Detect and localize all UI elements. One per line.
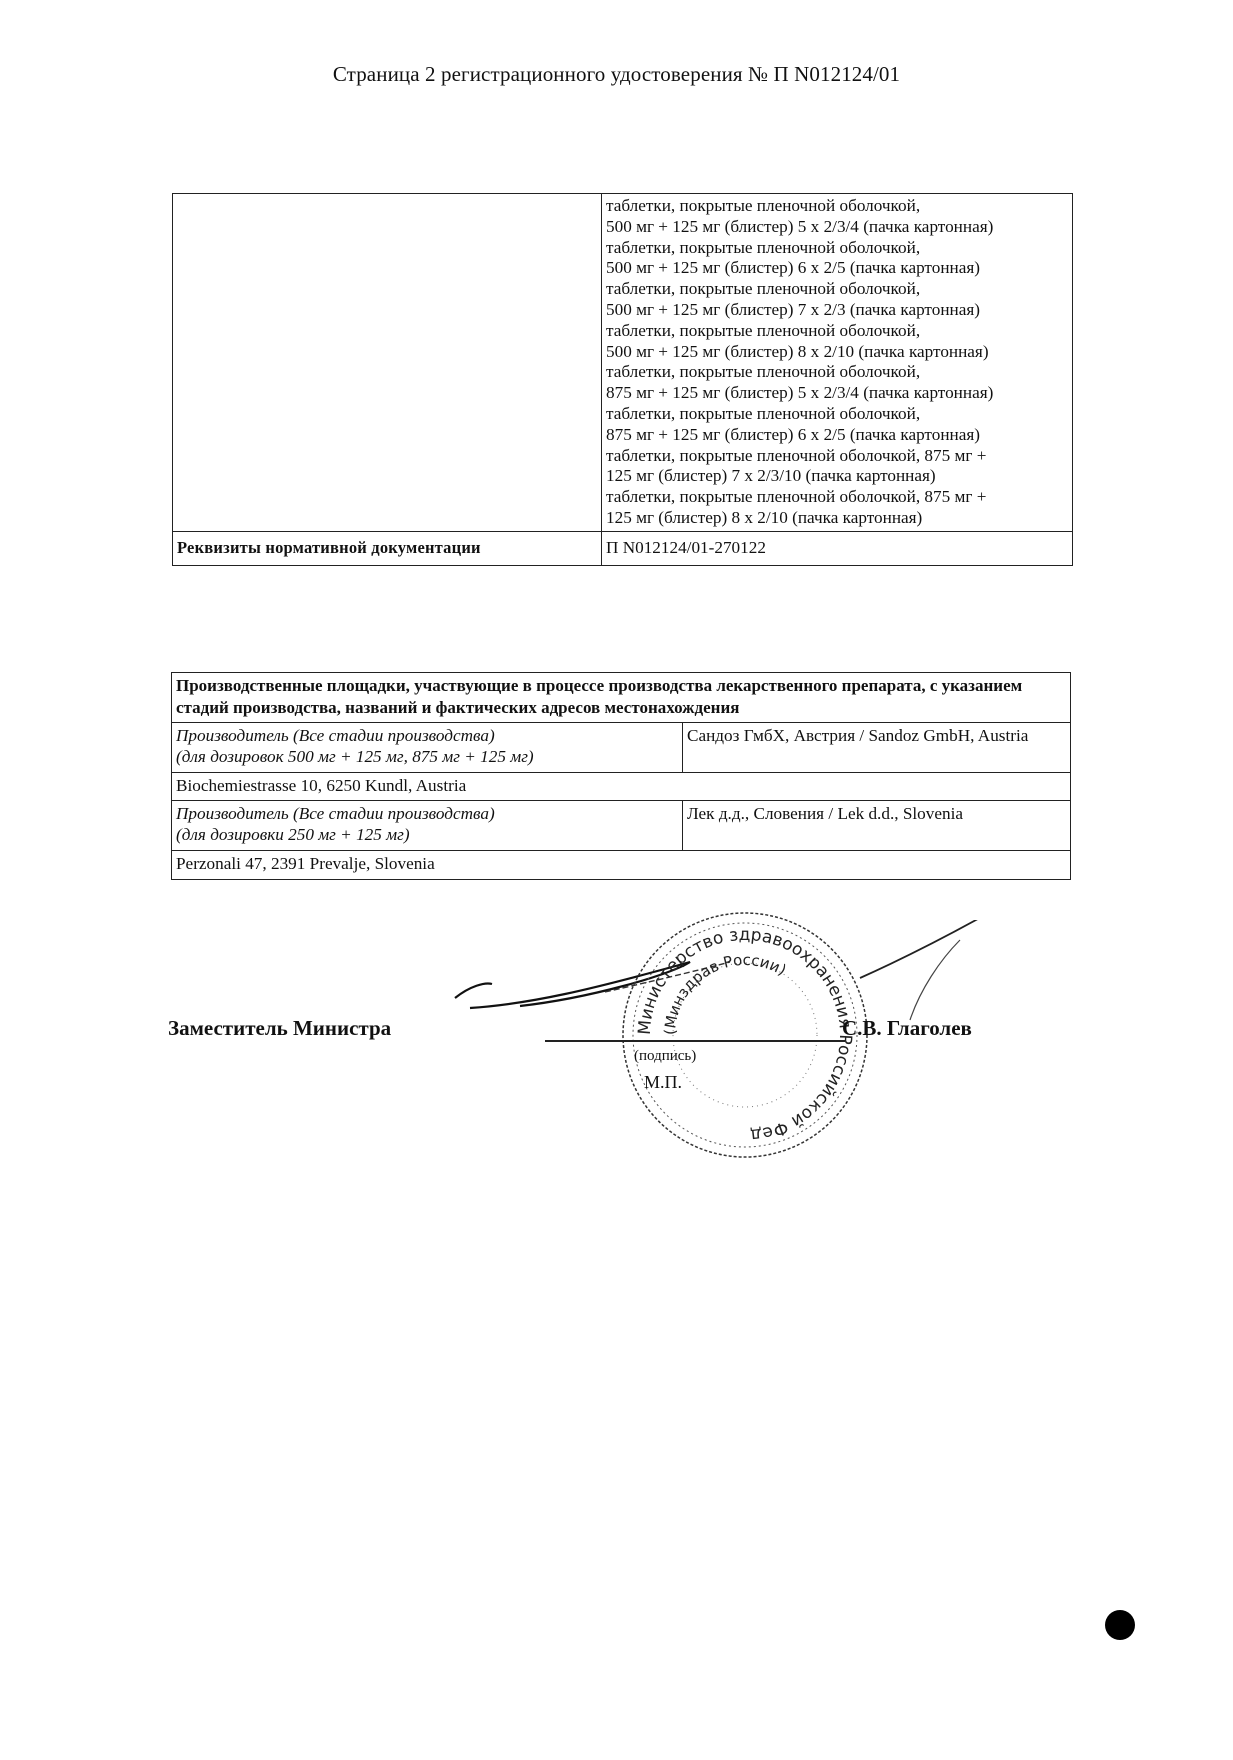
table-row: таблетки, покрытые пленочной оболочкой, … xyxy=(173,194,1073,532)
table-row: Производитель (Все стадии производства) … xyxy=(172,723,1071,773)
production-sites-table: Производственные площадки, участвующие в… xyxy=(171,672,1071,880)
form-line: таблетки, покрытые пленочной оболочкой, xyxy=(606,362,1072,383)
signer-name: С.В. Глаголев xyxy=(842,1016,972,1041)
normative-doc-value: П N012124/01-270122 xyxy=(602,531,1073,565)
site-role-line: Производитель (Все стадии производства) xyxy=(176,804,682,825)
table-row: Perzonali 47, 2391 Prevalje, Slovenia xyxy=(172,850,1071,879)
site-company: Сандоз ГмбХ, Австрия / Sandoz GmbH, Aust… xyxy=(683,723,1071,773)
normative-doc-label: Реквизиты нормативной документации xyxy=(173,531,602,565)
signer-position: Заместитель Министра xyxy=(168,1016,391,1041)
site-role: Производитель (Все стадии производства) … xyxy=(172,801,683,851)
site-role-line: (для дозировок 500 мг + 125 мг, 875 мг +… xyxy=(176,747,682,768)
form-line: 500 мг + 125 мг (блистер) 5 х 2/3/4 (пач… xyxy=(606,217,1072,238)
site-role: Производитель (Все стадии производства) … xyxy=(172,723,683,773)
signature-line xyxy=(545,1040,845,1042)
form-line: 125 мг (блистер) 7 х 2/3/10 (пачка карто… xyxy=(606,466,1072,487)
table-row: Производственные площадки, участвующие в… xyxy=(172,673,1071,723)
dosage-forms-table: таблетки, покрытые пленочной оболочкой, … xyxy=(172,193,1073,566)
form-line: таблетки, покрытые пленочной оболочкой, … xyxy=(606,446,1072,467)
form-line: 125 мг (блистер) 8 х 2/10 (пачка картонн… xyxy=(606,508,1072,529)
form-line: таблетки, покрытые пленочной оболочкой, xyxy=(606,196,1072,217)
table-row: Производитель (Все стадии производства) … xyxy=(172,801,1071,851)
form-line: таблетки, покрытые пленочной оболочкой, xyxy=(606,238,1072,259)
table-row: Biochemiestrasse 10, 6250 Kundl, Austria xyxy=(172,772,1071,801)
site-role-line: (для дозировки 250 мг + 125 мг) xyxy=(176,825,682,846)
form-line: 500 мг + 125 мг (блистер) 6 х 2/5 (пачка… xyxy=(606,258,1072,279)
site-company: Лек д.д., Словения / Lek d.d., Slovenia xyxy=(683,801,1071,851)
form-line: 500 мг + 125 мг (блистер) 7 х 2/3 (пачка… xyxy=(606,300,1072,321)
seal-label: М.П. xyxy=(644,1072,682,1093)
form-line: таблетки, покрытые пленочной оболочкой, xyxy=(606,279,1072,300)
form-line: таблетки, покрытые пленочной оболочкой, xyxy=(606,321,1072,342)
sites-heading: Производственные площадки, участвующие в… xyxy=(172,673,1071,723)
page-header: Страница 2 регистрационного удостоверени… xyxy=(0,62,1233,87)
black-dot-mark xyxy=(1105,1610,1135,1640)
official-stamp-icon: Министерство здравоохранения Российской … xyxy=(620,910,870,1160)
site-address: Perzonali 47, 2391 Prevalje, Slovenia xyxy=(172,850,1071,879)
form-line: 875 мг + 125 мг (блистер) 6 х 2/5 (пачка… xyxy=(606,425,1072,446)
form-line: таблетки, покрытые пленочной оболочкой, xyxy=(606,404,1072,425)
signature-caption: (подпись) xyxy=(634,1048,696,1065)
dosage-forms-cell: таблетки, покрытые пленочной оболочкой, … xyxy=(602,194,1073,532)
form-line: 875 мг + 125 мг (блистер) 5 х 2/3/4 (пач… xyxy=(606,383,1072,404)
form-line: 500 мг + 125 мг (блистер) 8 х 2/10 (пачк… xyxy=(606,342,1072,363)
form-line: таблетки, покрытые пленочной оболочкой, … xyxy=(606,487,1072,508)
empty-cell xyxy=(173,194,602,532)
table-row: Реквизиты нормативной документации П N01… xyxy=(173,531,1073,565)
site-role-line: Производитель (Все стадии производства) xyxy=(176,726,682,747)
site-address: Biochemiestrasse 10, 6250 Kundl, Austria xyxy=(172,772,1071,801)
svg-text:Министерство здравоохранения Р: Министерство здравоохранения Российской … xyxy=(620,910,855,1145)
